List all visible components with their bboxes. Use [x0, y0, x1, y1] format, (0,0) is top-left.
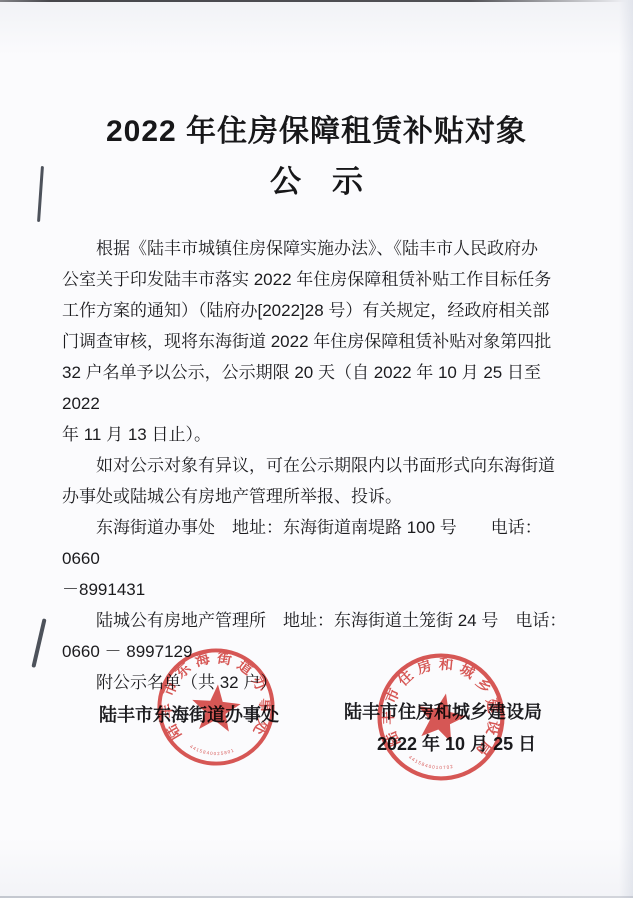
seal-star [412, 688, 470, 744]
seal-star [190, 682, 242, 732]
seal-serial-number: 4415840025801 [188, 744, 235, 758]
notice-title-line1: 2022 年住房保障租赁补贴对象 [0, 106, 633, 150]
body-line: 门调查审核，现将东海街道 2022 年住房保障租赁补贴对象第四批 [62, 326, 576, 357]
scan-edge-artifact-top [0, 0, 626, 2]
body-line: 年 11 月 13 日止）。 [62, 419, 576, 450]
svg-text:4415840025801: 4415840025801 [188, 744, 235, 758]
notice-body: 根据《陆丰市城镇住房保障实施办法》、《陆丰市人民政府办 公室关于印发陆丰市落实 … [62, 233, 576, 698]
red-seal-left-icon: 陆丰市东海街道办事处 4415840025801 [144, 635, 287, 778]
body-line: 陆城公有房地产管理所 地址：东海街道土笼街 24 号 电话： [62, 605, 576, 636]
body-line: 办事处或陆城公有房地产管理所举报、投诉。 [62, 481, 576, 512]
body-line: 32 户名单予以公示，公示期限 20 天（自 2022 年 10 月 25 日至… [62, 357, 576, 419]
body-line: 公室关于印发陆丰市落实 2022 年住房保障租赁补贴工作目标任务 [62, 264, 576, 295]
body-line: 工作方案的通知）（陆府办[2022]28 号）有关规定，经政府相关部 [62, 295, 576, 326]
body-line: －8991431 [62, 574, 576, 605]
red-seal-right-icon: 陆丰市住房和城乡建设局 4415840010702 [356, 632, 527, 803]
body-line: 根据《陆丰市城镇住房保障实施办法》、《陆丰市人民政府办 [62, 233, 576, 264]
scanned-notice-page: 2022 年住房保障租赁补贴对象 公 示 根据《陆丰市城镇住房保障实施办法》、《… [0, 0, 633, 898]
body-line: 东海街道办事处 地址：东海街道南堤路 100 号 电话：0660 [62, 512, 576, 574]
notice-title-line2: 公 示 [0, 156, 633, 201]
body-line: 如对公示对象有异议，可在公示期限内以书面形式向东海街道 [62, 450, 576, 481]
pen-stroke-mark-lower [31, 618, 46, 668]
